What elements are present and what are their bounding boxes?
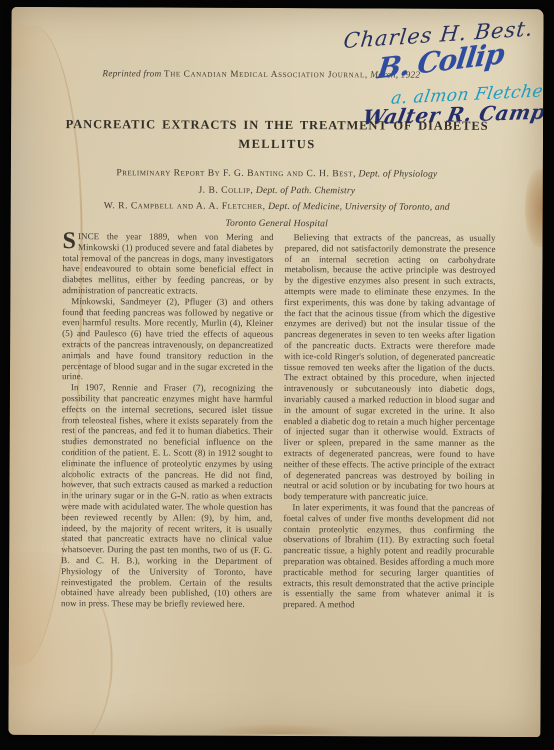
author-dept: Dept. of Physiology	[359, 168, 438, 179]
paragraph-intro: SINCE the year 1889, when von Mering and…	[62, 231, 273, 297]
author-names: Preliminary Report By F. G. Banting and …	[116, 167, 356, 179]
reprint-attribution-line: Reprinted from The Canadian Medical Asso…	[8, 69, 527, 81]
author-line-collip: J. B. Collip, Dept. of Path. Chemistry	[11, 183, 543, 196]
article-title-line2: MELLITUS	[11, 136, 543, 153]
author-names: W. R. Campbell and A. A. Fletcher,	[104, 200, 266, 212]
paragraph-later-experiments: In later experiments, it was found that …	[283, 502, 494, 611]
body-column-left: SINCE the year 1889, when von Mering and…	[61, 231, 274, 610]
author-names: J. B. Collip,	[198, 184, 253, 195]
signature-charles-h-best: Charles H. Best.	[342, 16, 534, 53]
article-title-line1: PANCREATIC EXTRACTS IN THE TREATMENT OF …	[11, 117, 543, 134]
paragraph-minkowski: Minkowski, Sandmeyer (2), Pfluger (3) an…	[62, 296, 273, 383]
author-line-hospital: Toronto General Hospital	[11, 216, 543, 229]
author-dept: Toronto General Hospital	[225, 217, 328, 228]
author-block: Preliminary Report By F. G. Banting and …	[11, 167, 543, 235]
body-column-right: Believing that extracts of the pancreas,…	[283, 232, 496, 611]
dropcap-s: S	[63, 231, 78, 251]
reprint-prefix: Reprinted from	[102, 69, 161, 79]
signature-a-almon-fletcher: a. almon Fletcher	[390, 81, 544, 109]
journal-name: The Canadian Medical Association Journal…	[164, 70, 368, 81]
article-title: PANCREATIC EXTRACTS IN THE TREATMENT OF …	[11, 117, 543, 153]
journal-reprint-page: Reprinted from The Canadian Medical Asso…	[8, 7, 543, 737]
author-line-campbell-fletcher: W. R. Campbell and A. A. Fletcher, Dept.…	[11, 200, 543, 213]
author-dept: Dept. of Medicine, University of Toronto…	[268, 201, 450, 213]
author-line-banting-best: Preliminary Report By F. G. Banting and …	[11, 167, 543, 180]
photo-background: Reprinted from The Canadian Medical Asso…	[0, 0, 554, 750]
issue-date: March, 1922	[370, 70, 420, 80]
paragraph-intro-text: INCE the year 1889, when von Mering and …	[62, 231, 273, 296]
article-body: SINCE the year 1889, when von Mering and…	[61, 231, 496, 611]
author-dept: Dept. of Path. Chemistry	[256, 184, 355, 195]
paragraph-believing: Believing that extracts of the pancreas,…	[283, 232, 495, 503]
paragraph-rennie-fraser: In 1907, Rennie and Fraser (7), recogniz…	[61, 382, 273, 610]
page-content: Reprinted from The Canadian Medical Asso…	[8, 7, 543, 737]
